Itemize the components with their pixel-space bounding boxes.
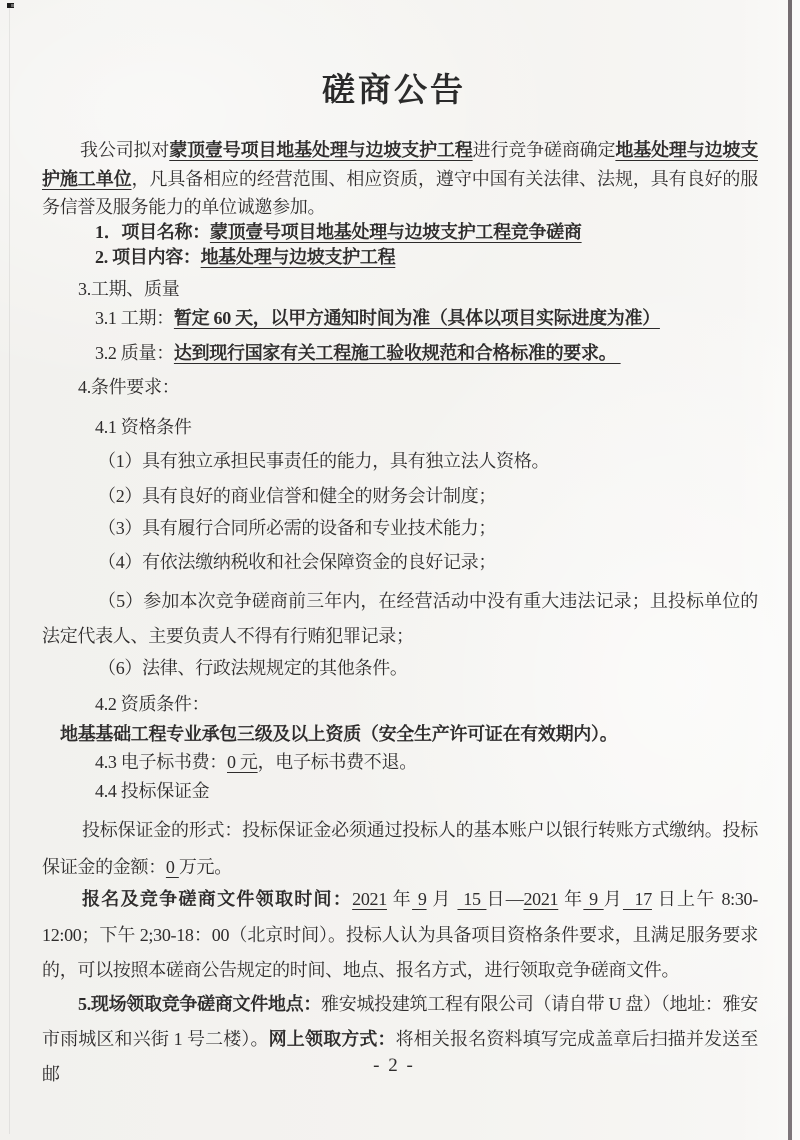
item-credential-header: 4.2 资质条件： [95, 690, 758, 718]
text-segment: 地基基础工程专业承包三级及以上资质（安全生产许可证在有效期内）。 [60, 724, 617, 744]
text-segment: 进行竞争磋商确定 [473, 140, 616, 160]
registration-time: 报名及竞争磋商文件领取时间：2021 年 9 月 15 日—2021 年 9 月… [42, 882, 758, 989]
scan-edge-line [788, 0, 792, 1140]
item-bid-bond-header: 4.4 投标保证金 [95, 777, 758, 805]
text-segment: 4.2 资质条件： [95, 694, 209, 714]
text-segment: 地基处理与边坡支护工程 [201, 247, 396, 267]
condition-3: （3）具有履行合同所必需的设备和专业技术能力； [98, 514, 758, 542]
text-segment: 月 [427, 889, 458, 909]
text-segment: 年 [387, 889, 412, 909]
item-duration: 3.1 工期：暂定 60 天，以甲方通知时间为准（具体以项目实际进度为准） [95, 304, 758, 332]
text-segment: 9 [583, 889, 603, 909]
text-segment: 4.条件要求： [78, 377, 179, 397]
text-segment: 年 [558, 889, 583, 909]
text-segment: 4.1 资格条件 [95, 417, 192, 437]
text-segment: 9 [412, 889, 427, 909]
item-project-content: 2. 项目内容：地基处理与边坡支护工程 [95, 243, 758, 271]
text-segment: 蒙顶壹号项目地基处理与边坡支护工程 [169, 140, 472, 160]
bid-bond-detail: 投标保证金的形式：投标保证金必须通过投标人的基本账户以银行转账方式缴纳。投标保证… [42, 812, 758, 886]
text-segment: 蒙顶壹号项目地基处理与边坡支护工程竞争磋商 [210, 222, 582, 242]
text-segment: 4.4 投标保证金 [95, 781, 209, 801]
text-segment: 5.现场领取竞争磋商文件地点： [78, 994, 321, 1014]
item-project-name: 1．项目名称：蒙顶壹号项目地基处理与边坡支护工程竞争磋商 [95, 218, 758, 246]
text-segment: 达到现行国家有关工程施工验收规范和合格标准的要求。 [174, 343, 621, 363]
text-segment: 暂定 60 天，以甲方通知时间为准（具体以项目实际进度为准） [174, 308, 660, 328]
text-segment: 17 [623, 889, 652, 909]
condition-6: （6）法律、行政法规规定的其他条件。 [98, 654, 758, 682]
text-segment: 2021 [523, 889, 558, 909]
text-segment: 报名及竞争磋商文件领取时间： [82, 889, 352, 909]
condition-5: （5）参加本次竞争磋商前三年内，在经营活动中没有重大违法记录；且投标单位的法定代… [42, 584, 758, 653]
credential-detail: 地基基础工程专业承包三级及以上资质（安全生产许可证在有效期内）。 [60, 720, 758, 748]
text-segment: 15 [457, 889, 486, 909]
condition-4: （4）有依法缴纳税收和社会保障资金的良好记录； [98, 548, 758, 576]
text-segment: （3）具有履行合同所必需的设备和专业技术能力； [98, 518, 496, 538]
section-requirements: 4.条件要求： [78, 373, 758, 401]
text-segment: （1）具有独立承担民事责任的能力，具有独立法人资格。 [98, 451, 549, 471]
text-segment: 网上领取方式： [269, 1029, 396, 1049]
item-quality: 3.2 质量：达到现行国家有关工程施工验收规范和合格标准的要求。 [95, 339, 758, 367]
text-segment: 3.1 工期： [95, 308, 174, 328]
page-number: - 2 - [0, 1055, 788, 1077]
text-segment: （6）法律、行政法规规定的其他条件。 [98, 658, 408, 678]
text-segment: 4.3 电子标书费： [95, 752, 227, 772]
text-segment: 0 [166, 857, 179, 877]
text-segment: 投标保证金的形式：投标保证金必须通过投标人的基本账户以银行转账方式缴纳。投标保证… [42, 820, 758, 877]
text-segment: 0 元 [227, 752, 258, 772]
text-segment: （4）有依法缴纳税收和社会保障资金的良好记录； [98, 552, 496, 572]
condition-1: （1）具有独立承担民事责任的能力，具有独立法人资格。 [98, 447, 758, 475]
scan-right-margin [793, 0, 800, 1140]
intro-paragraph: 我公司拟对蒙顶壹号项目地基处理与边坡支护工程进行竞争磋商确定地基处理与边坡支护施… [42, 136, 758, 222]
text-segment: 我公司拟对 [80, 140, 169, 160]
text-segment: 2. 项目内容： [95, 247, 201, 267]
scan-corner-artifact [7, 3, 14, 8]
text-segment: 3.工期、质量 [78, 279, 179, 299]
scan-fold-line [9, 6, 10, 1134]
text-segment: 3.2 质量： [95, 343, 174, 363]
text-segment: 月 [604, 889, 623, 909]
text-segment: 万元。 [179, 857, 232, 877]
text-segment: ，电子标书费不退。 [258, 752, 417, 772]
text-segment: （2）具有良好的商业信誉和健全的财务会计制度； [98, 486, 496, 506]
text-segment: 日— [486, 889, 523, 909]
section-duration-quality: 3.工期、质量 [78, 275, 758, 303]
item-qualification-header: 4.1 资格条件 [95, 413, 758, 441]
item-bid-doc-fee: 4.3 电子标书费：0 元，电子标书费不退。 [95, 748, 758, 776]
text-segment: 1．项目名称： [95, 222, 210, 242]
text-segment: （5）参加本次竞争磋商前三年内，在经营活动中没有重大违法记录；且投标单位的法定代… [42, 591, 758, 646]
document-title: 磋商公告 [0, 64, 788, 111]
condition-2: （2）具有良好的商业信誉和健全的财务会计制度； [98, 482, 758, 510]
text-segment: ，凡具备相应的经营范围、相应资质，遵守中国有关法律、法规，具有良好的服务信誉及服… [42, 169, 758, 218]
text-segment: 2021 [352, 889, 387, 909]
